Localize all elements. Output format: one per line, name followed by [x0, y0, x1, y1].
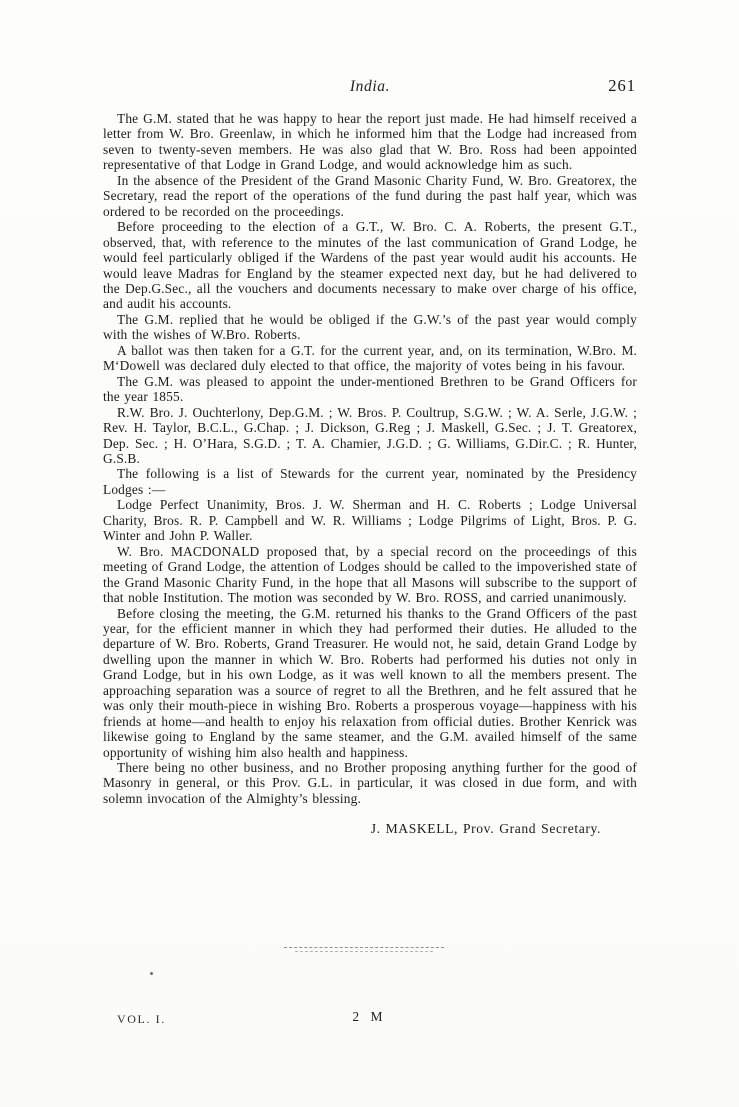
paragraph-charity-fund-report: In the absence of the President of the G… [103, 173, 637, 219]
section-divider [284, 947, 444, 953]
divider-dash-line [295, 951, 433, 952]
paragraph-stewards-intro: The following is a list of Stewards for … [103, 466, 637, 497]
ink-speck [150, 972, 153, 975]
paragraph-lodge-closed: There being no other business, and no Br… [103, 760, 637, 806]
paragraph-gt-election-request: Before proceeding to the election of a G… [103, 219, 637, 312]
paragraph-closing-thanks: Before closing the meeting, the G.M. ret… [103, 606, 637, 761]
paragraph-ballot-result: A ballot was then taken for a G.T. for t… [103, 343, 637, 374]
paragraph-stewards-list: Lodge Perfect Unanimity, Bros. J. W. She… [103, 497, 637, 543]
page-number: 261 [608, 76, 636, 96]
press-mark: 2 M [0, 1009, 739, 1025]
paragraph-officers-appointment: The G.M. was pleased to appoint the unde… [103, 374, 637, 405]
page-header: India. 261 [103, 78, 637, 98]
running-title: India. [103, 78, 637, 96]
paragraph-macdonald-motion: W. Bro. MACDONALD proposed that, by a sp… [103, 544, 637, 606]
signature-line: J. MASKELL, Prov. Grand Secretary. [103, 821, 637, 836]
divider-dash-line [284, 947, 444, 948]
paragraph-gm-reply: The G.M. replied that he would be oblige… [103, 312, 637, 343]
scanned-page: India. 261 The G.M. stated that he was h… [0, 0, 739, 1107]
paragraph-gm-report: The G.M. stated that he was happy to hea… [103, 111, 637, 173]
paragraph-officers-list: R.W. Bro. J. Ouchterlony, Dep.G.M. ; W. … [103, 405, 637, 467]
text-block: India. 261 The G.M. stated that he was h… [103, 78, 637, 837]
body-copy: The G.M. stated that he was happy to hea… [103, 111, 637, 837]
